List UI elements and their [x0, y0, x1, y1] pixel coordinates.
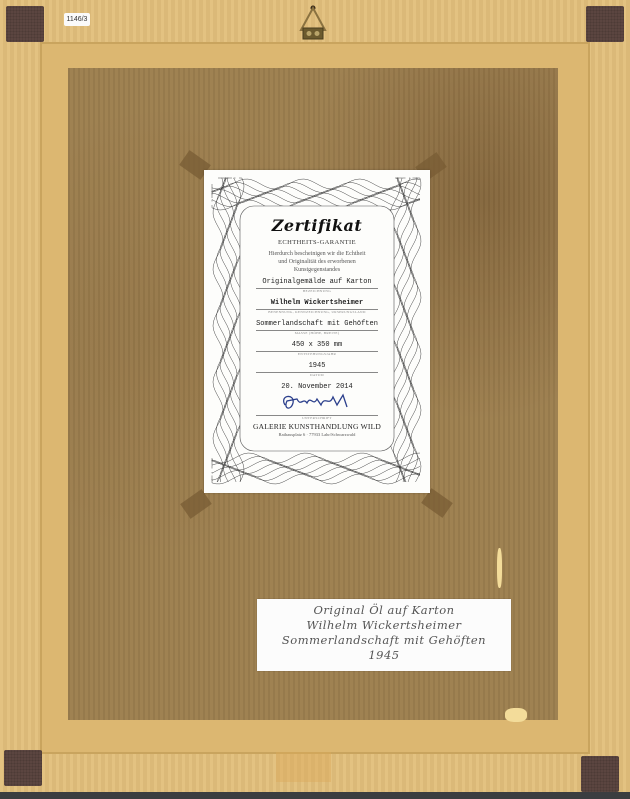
signature-icon — [277, 391, 357, 413]
felt-pad-top-left — [6, 6, 44, 42]
label-size: MASSE (HÖHE, BREITE) — [256, 330, 378, 337]
label-year: ENTSTEHUNGSJAHR — [256, 351, 378, 358]
certificate-intro: Hierdurch bescheinigen wir die Echtheit … — [244, 250, 390, 274]
gallery-address: Rathausplatz 6 · 77933 Lahr/Schwarzwald — [244, 432, 390, 437]
certificate-subtitle: ECHTHEITS-GARANTIE — [244, 239, 390, 246]
intro-line: Hierdurch bescheinigen wir die Echtheit — [244, 250, 390, 258]
intro-line: und Originalität des erworbenen — [244, 258, 390, 266]
label-artist: BEZEICHNUNG — [256, 288, 378, 295]
artwork-type: Originalgemälde auf Karton — [244, 278, 390, 286]
faded-stamp — [276, 752, 331, 782]
signature — [244, 391, 390, 413]
certificate-title: Zertifikat — [244, 216, 390, 235]
note-line: 1945 — [257, 648, 511, 663]
frame-back: 1146/3 Zertifikat ECHTHEITS-GARANTIE Hie… — [0, 0, 630, 792]
inventory-label: 1146/3 — [64, 13, 90, 26]
background-edge — [0, 792, 630, 799]
hanger-icon — [295, 2, 331, 42]
handwritten-note: Original Öl auf Karton Wilhelm Wickertsh… — [257, 599, 511, 671]
certificate: Zertifikat ECHTHEITS-GARANTIE Hierdurch … — [204, 170, 430, 493]
felt-pad-top-right — [586, 6, 624, 42]
label-signature: UNTERSCHRIFT — [256, 415, 378, 422]
felt-pad-bottom-right — [581, 756, 619, 792]
note-line: Sommerlandschaft mit Gehöften — [257, 633, 511, 648]
paint-chip — [497, 548, 502, 588]
certificate-date: 20. November 2014 — [244, 383, 390, 391]
note-line: Wilhelm Wickertsheimer — [257, 618, 511, 633]
label-date: DATUM — [256, 372, 378, 379]
artwork-size: 450 x 350 mm — [244, 341, 390, 349]
gallery-name: GALERIE KUNSTHANDLUNG WILD — [244, 422, 390, 431]
paint-chip — [505, 708, 527, 722]
intro-line: Kunstgegenstandes — [244, 266, 390, 274]
label-title: BENENNUNG, KENNZEICHNUNG, URSPRUNGSLAND — [256, 309, 378, 316]
artist-name: Wilhelm Wickertsheimer — [244, 299, 390, 307]
note-line: Original Öl auf Karton — [257, 603, 511, 618]
felt-pad-bottom-left — [4, 750, 42, 786]
artwork-year: 1945 — [244, 362, 390, 370]
artwork-title: Sommerlandschaft mit Gehöften — [244, 320, 390, 328]
